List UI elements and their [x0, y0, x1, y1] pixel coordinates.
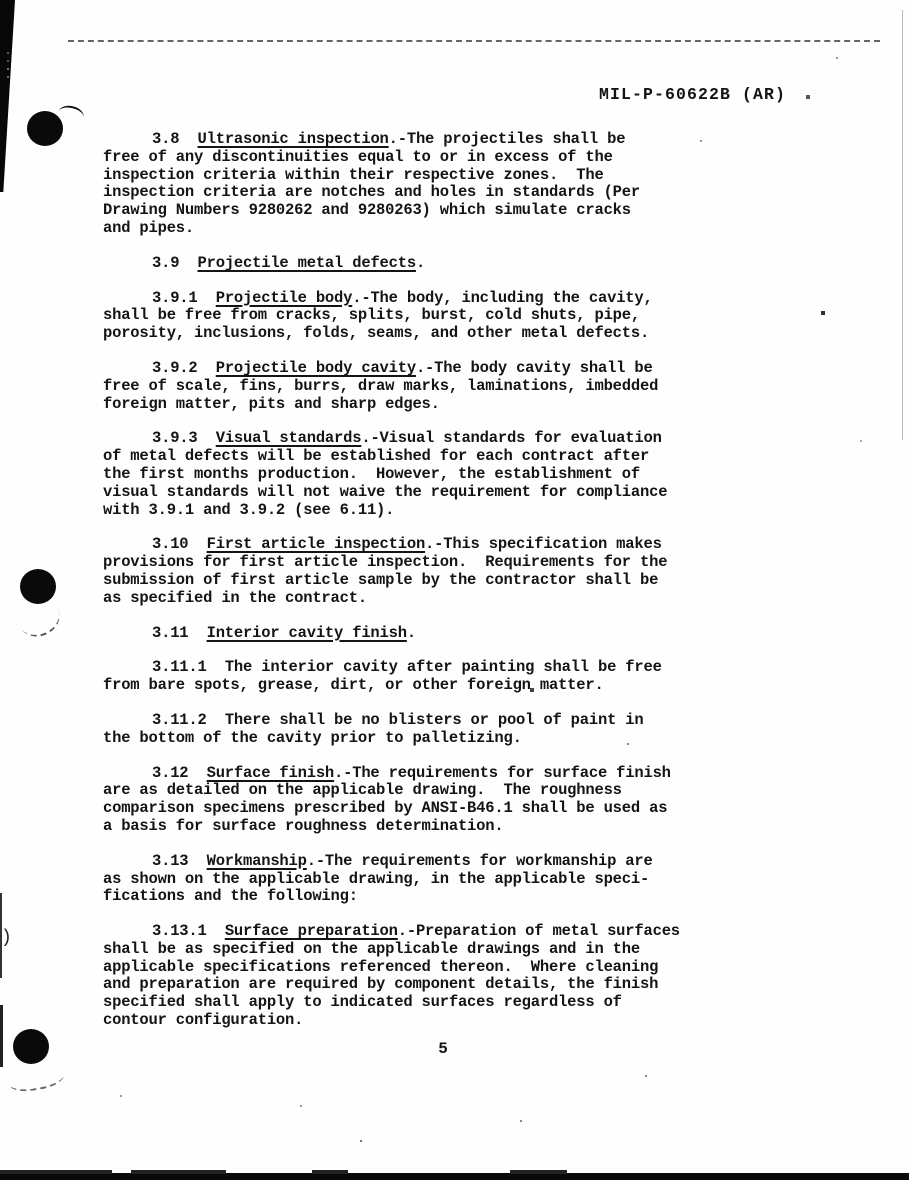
section-3-9: 3.9 Projectile metal defects.	[103, 255, 803, 273]
section-3-11-1: 3.11.1 The interior cavity after paintin…	[103, 659, 803, 695]
document-body: 3.8 Ultrasonic inspection.-The projectil…	[103, 131, 803, 1047]
bottom-scan-bar	[0, 1173, 909, 1180]
section-3-13-1: 3.13.1 Surface preparation.-Preparation …	[103, 923, 803, 1030]
scan-edge-line	[0, 893, 2, 978]
pencil-arc-mark	[12, 593, 65, 643]
section-number: 3.9	[152, 254, 198, 272]
page-number: 5	[103, 1040, 783, 1058]
bottom-scan-bar-segment	[312, 1170, 348, 1174]
edge-specks	[7, 52, 9, 54]
hole-punch-mark	[13, 1029, 49, 1064]
page-edge-line	[902, 10, 903, 440]
section-3-12: 3.12 Surface finish.-The requirements fo…	[103, 765, 803, 836]
section-3-8: 3.8 Ultrasonic inspection.-The projectil…	[103, 131, 803, 238]
section-3-9-2: 3.9.2 Projectile body cavity.-The body c…	[103, 360, 803, 413]
stray-paren-mark: )	[1, 928, 12, 948]
scan-edge-line	[0, 1005, 3, 1067]
section-number: 3.11.2	[152, 711, 225, 729]
section-title: Interior cavity finish	[207, 624, 407, 642]
scanned-document-page: ) MIL-P-60622B (AR) 3.8 Ultrasonic inspe…	[0, 0, 909, 1180]
section-title: Projectile body	[216, 289, 353, 307]
section-title: Visual standards	[216, 429, 362, 447]
section-3-11-2: 3.11.2 There shall be no blisters or poo…	[103, 712, 803, 748]
bottom-scan-bar-segment	[131, 1170, 226, 1174]
section-number: 3.9.2	[152, 359, 216, 377]
torn-edge-dashed-line	[68, 40, 880, 42]
section-number: 3.10	[152, 535, 207, 553]
document-id-header: MIL-P-60622B (AR)	[599, 85, 786, 104]
section-title: Surface preparation	[225, 922, 398, 940]
section-number: 3.8	[152, 130, 198, 148]
section-number: 3.13.1	[152, 922, 225, 940]
section-3-11: 3.11 Interior cavity finish.	[103, 625, 803, 643]
section-number: 3.12	[152, 764, 207, 782]
section-number: 3.11.1	[152, 658, 225, 676]
section-3-9-1: 3.9.1 Projectile body.-The body, includi…	[103, 290, 803, 343]
section-number: 3.9.1	[152, 289, 216, 307]
section-3-13: 3.13 Workmanship.-The requirements for w…	[103, 853, 803, 906]
section-title: Surface finish	[207, 764, 334, 782]
section-number: 3.13	[152, 852, 207, 870]
section-text: .	[416, 254, 425, 272]
section-title: Projectile metal defects	[198, 254, 416, 272]
section-text: .	[407, 624, 416, 642]
section-title: Ultrasonic inspection	[198, 130, 389, 148]
pencil-arc-mark	[6, 1061, 65, 1094]
bottom-scan-bar-segment	[510, 1170, 567, 1174]
section-title: First article inspection	[207, 535, 425, 553]
bottom-scan-bar-segment	[0, 1170, 112, 1174]
scan-edge-shadow	[0, 0, 15, 192]
section-title: Projectile body cavity	[216, 359, 416, 377]
section-number: 3.9.3	[152, 429, 216, 447]
section-title: Workmanship	[207, 852, 307, 870]
section-3-10: 3.10 First article inspection.-This spec…	[103, 536, 803, 607]
scan-speckles	[0, 0, 2, 2]
section-number: 3.11	[152, 624, 207, 642]
section-3-9-3: 3.9.3 Visual standards.-Visual standards…	[103, 430, 803, 519]
